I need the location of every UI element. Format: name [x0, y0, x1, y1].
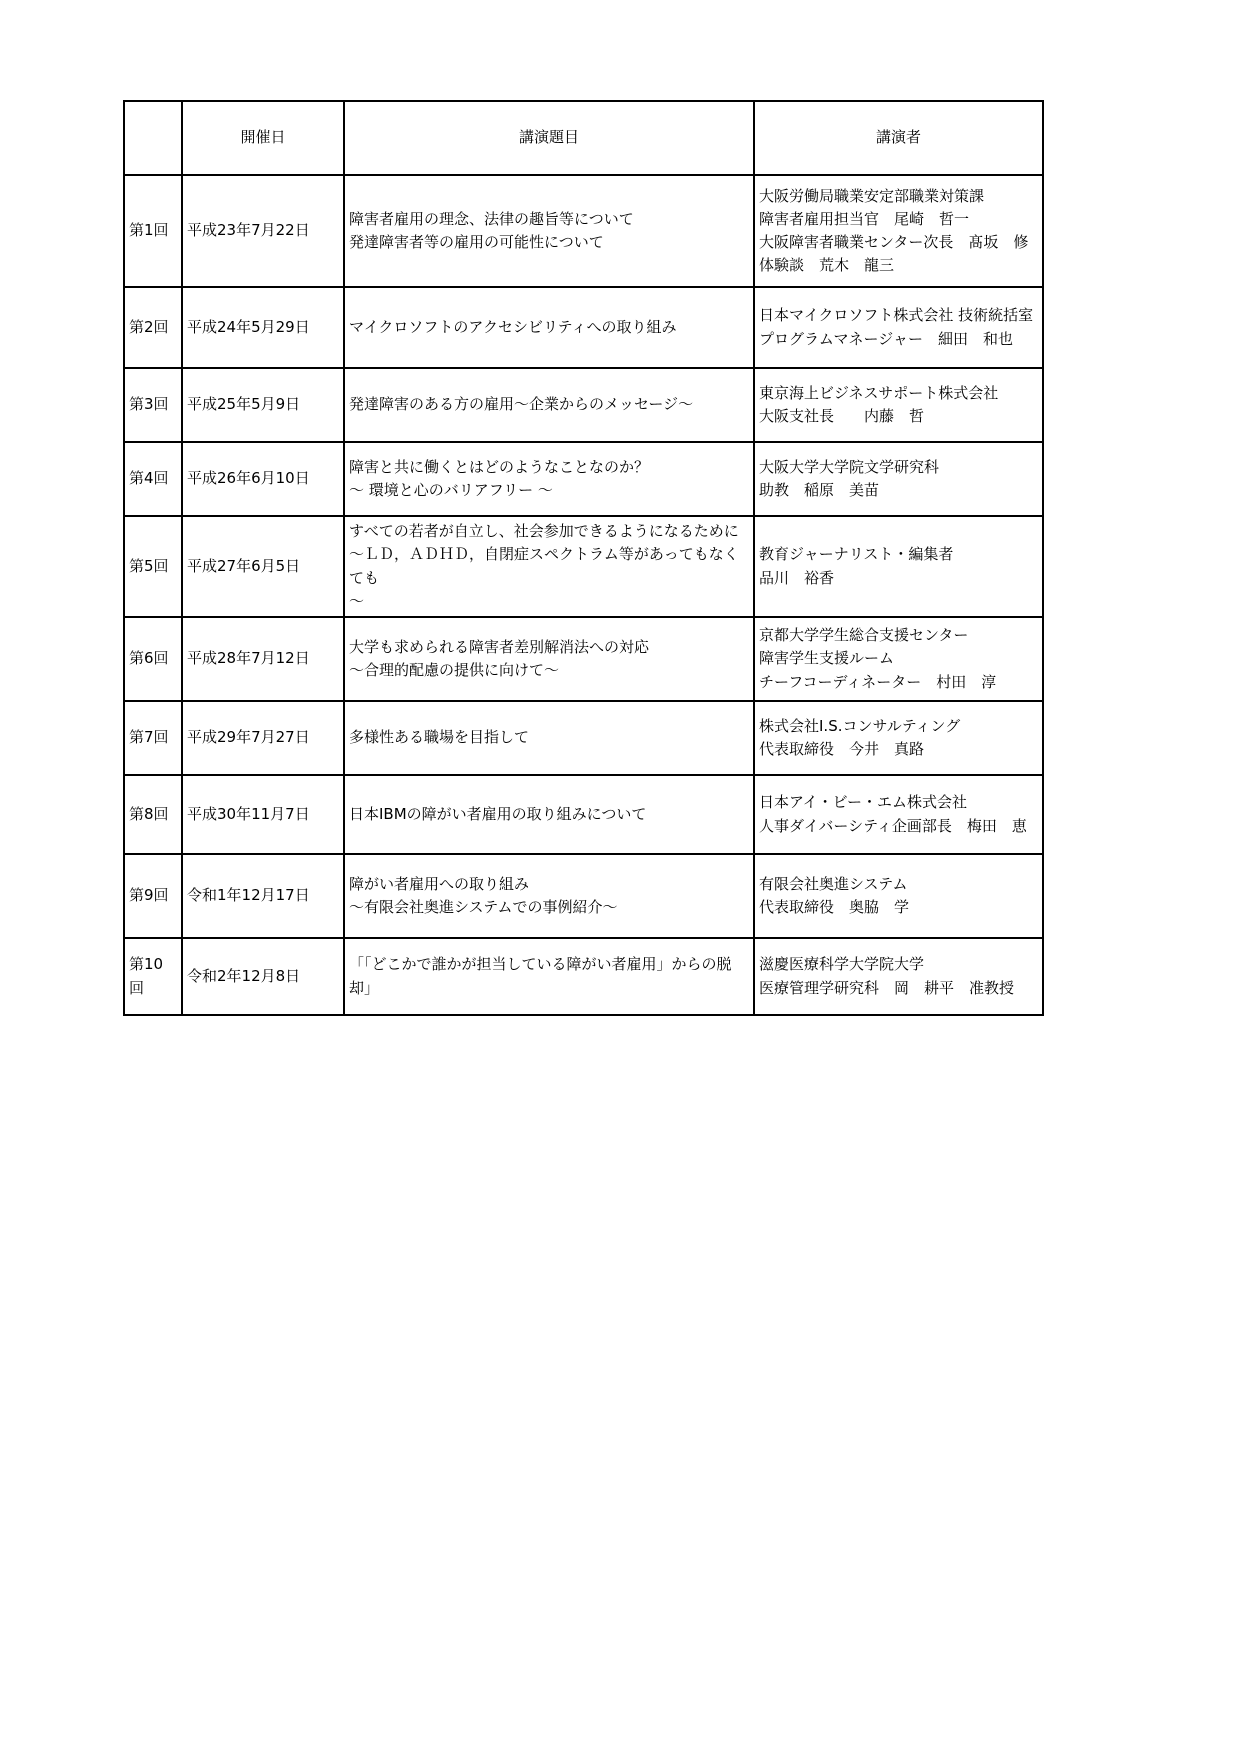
table-row: 第1回 平成23年7月22日 障害者雇用の理念、法律の趣旨等について 発達障害者…: [124, 175, 1043, 287]
lecture-history-table: 開催日 講演題目 講演者 第1回 平成23年7月22日 障害者雇用の理念、法律の…: [123, 100, 1044, 1016]
table-row: 第10回 令和2年12月8日 「「どこかで誰かが担当している障がい者雇用」からの…: [124, 938, 1043, 1015]
date-cell: 令和1年12月17日: [182, 854, 344, 938]
round-cell: 第2回: [124, 287, 182, 368]
title-cell: 日本IBMの障がい者雇用の取り組みについて: [344, 775, 754, 854]
round-cell: 第5回: [124, 516, 182, 617]
speaker-cell: 滋慶医療科学大学院大学 医療管理学研究科 岡 耕平 准教授: [754, 938, 1043, 1015]
table-row: 第6回 平成28年7月12日 大学も求められる障害者差別解消法への対応 ～合理的…: [124, 617, 1043, 701]
round-cell: 第10回: [124, 938, 182, 1015]
header-no: [124, 101, 182, 175]
round-cell: 第7回: [124, 701, 182, 775]
date-cell: 平成27年6月5日: [182, 516, 344, 617]
round-cell: 第1回: [124, 175, 182, 287]
round-cell: 第4回: [124, 442, 182, 516]
header-title: 講演題目: [344, 101, 754, 175]
speaker-cell: 日本アイ・ビー・エム株式会社 人事ダイバーシティ企画部長 梅田 恵: [754, 775, 1043, 854]
date-cell: 平成28年7月12日: [182, 617, 344, 701]
table-row: 第5回 平成27年6月5日 すべての若者が自立し、社会参加できるようになるために…: [124, 516, 1043, 617]
table-row: 第9回 令和1年12月17日 障がい者雇用への取り組み ～有限会社奥進システムで…: [124, 854, 1043, 938]
table-row: 第8回 平成30年11月7日 日本IBMの障がい者雇用の取り組みについて 日本ア…: [124, 775, 1043, 854]
speaker-cell: 教育ジャーナリスト・編集者 品川 裕香: [754, 516, 1043, 617]
round-cell: 第9回: [124, 854, 182, 938]
header-speaker: 講演者: [754, 101, 1043, 175]
round-cell: 第3回: [124, 368, 182, 442]
date-cell: 平成30年11月7日: [182, 775, 344, 854]
speaker-cell: 京都大学学生総合支援センター 障害学生支援ルーム チーフコーディネーター 村田 …: [754, 617, 1043, 701]
table-row: 第3回 平成25年5月9日 発達障害のある方の雇用～企業からのメッセージ～ 東京…: [124, 368, 1043, 442]
title-cell: 大学も求められる障害者差別解消法への対応 ～合理的配慮の提供に向けて～: [344, 617, 754, 701]
header-date: 開催日: [182, 101, 344, 175]
header-row: 開催日 講演題目 講演者: [124, 101, 1043, 175]
round-cell: 第6回: [124, 617, 182, 701]
title-cell: 障がい者雇用への取り組み ～有限会社奥進システムでの事例紹介～: [344, 854, 754, 938]
speaker-cell: 日本マイクロソフト株式会社 技術統括室 プログラムマネージャー 細田 和也: [754, 287, 1043, 368]
table-row: 第7回 平成29年7月27日 多様性ある職場を目指して 株式会社I.S.コンサル…: [124, 701, 1043, 775]
round-cell: 第8回: [124, 775, 182, 854]
speaker-cell: 大阪労働局職業安定部職業対策課 障害者雇用担当官 尾崎 哲一 大阪障害者職業セン…: [754, 175, 1043, 287]
title-cell: すべての若者が自立し、社会参加できるようになるために ～ＬＤ，ＡＤＨＤ，自閉症ス…: [344, 516, 754, 617]
title-cell: マイクロソフトのアクセシビリティへの取り組み: [344, 287, 754, 368]
date-cell: 平成25年5月9日: [182, 368, 344, 442]
speaker-cell: 東京海上ビジネスサポート株式会社 大阪支社長 内藤 哲: [754, 368, 1043, 442]
date-cell: 平成24年5月29日: [182, 287, 344, 368]
table-row: 第4回 平成26年6月10日 障害と共に働くとはどのようなことなのか？ ～ 環境…: [124, 442, 1043, 516]
title-cell: 障害者雇用の理念、法律の趣旨等について 発達障害者等の雇用の可能性について: [344, 175, 754, 287]
title-cell: 「「どこかで誰かが担当している障がい者雇用」からの脱却」: [344, 938, 754, 1015]
title-cell: 発達障害のある方の雇用～企業からのメッセージ～: [344, 368, 754, 442]
title-cell: 多様性ある職場を目指して: [344, 701, 754, 775]
speaker-cell: 大阪大学大学院文学研究科 助教 稲原 美苗: [754, 442, 1043, 516]
title-cell: 障害と共に働くとはどのようなことなのか？ ～ 環境と心のバリアフリー ～: [344, 442, 754, 516]
date-cell: 平成23年7月22日: [182, 175, 344, 287]
date-cell: 令和2年12月8日: [182, 938, 344, 1015]
speaker-cell: 有限会社奥進システム 代表取締役 奥脇 学: [754, 854, 1043, 938]
date-cell: 平成26年6月10日: [182, 442, 344, 516]
speaker-cell: 株式会社I.S.コンサルティング 代表取締役 今井 真路: [754, 701, 1043, 775]
table-row: 第2回 平成24年5月29日 マイクロソフトのアクセシビリティへの取り組み 日本…: [124, 287, 1043, 368]
date-cell: 平成29年7月27日: [182, 701, 344, 775]
